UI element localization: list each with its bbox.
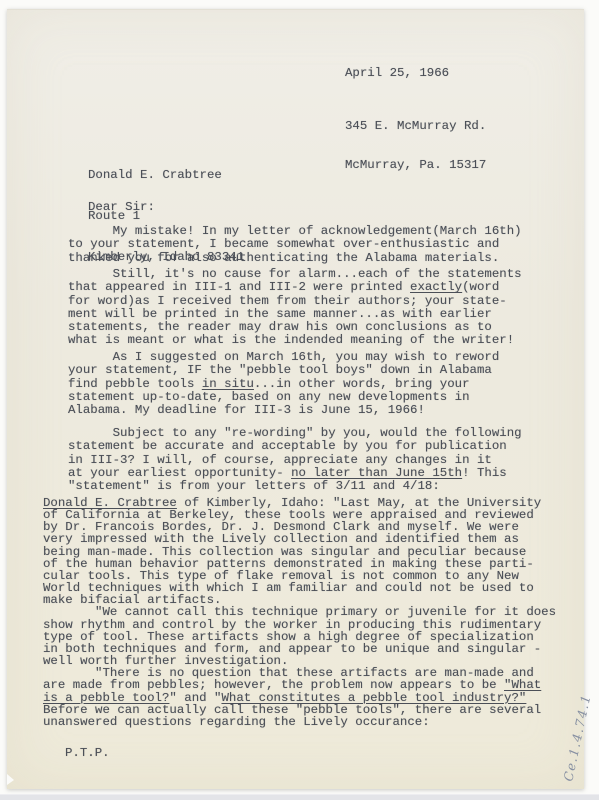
text-segment: As I suggested on March 16th, you may wi… (68, 350, 499, 364)
text-segment: your statement, IF the "pebble tool boys… (68, 363, 492, 377)
paragraph-1: My mistake! In my letter of acknowledgem… (68, 225, 522, 265)
text-segment: Alabama. My deadline for III-3 is June 1… (68, 403, 425, 417)
text-line: unanswered questions regarding the Livel… (43, 716, 556, 728)
text-segment: at your earliest opportunity- (68, 466, 291, 480)
text-line: to your statement, I became somewhat ove… (68, 238, 522, 251)
scanner-edge (0, 794, 599, 800)
text-segment: statement be accurate and acceptable by … (68, 439, 507, 453)
text-segment: to your statement, I became somewhat ove… (68, 237, 499, 251)
paragraph-4: Subject to any "re-wording" by you, woul… (68, 427, 522, 493)
text-line: My mistake! In my letter of acknowledgem… (68, 225, 522, 238)
text-segment: for word)as I received them from their a… (68, 294, 507, 308)
text-line: ment will be printed in the same manner.… (68, 308, 522, 321)
underlined-text: no later than June 15th (291, 466, 462, 480)
text-segment: Subject to any "re-wording" by you, woul… (68, 426, 522, 440)
text-line: As I suggested on March 16th, you may wi… (68, 351, 499, 364)
text-segment: ...in other words, bring your (254, 377, 470, 391)
paper-tear (7, 774, 14, 785)
paragraph-2: Still, it's no cause for alarm...each of… (68, 268, 522, 348)
text-segment: ! This (462, 466, 507, 480)
return-address: 345 E. McMurray Rd. McMurray, Pa. 15317 (345, 94, 486, 198)
text-line: find pebble tools in situ...in other wor… (68, 378, 499, 391)
letter-page: April 25, 1966 345 E. McMurray Rd. McMur… (7, 9, 584, 789)
quoted-statement-paragraph: Donald E. Crabtree of Kimberly, Idaho: "… (43, 497, 556, 728)
text-segment: statement up-to-date, based on any new d… (68, 390, 470, 404)
text-line: that appeared in III-1 and III-2 were pr… (68, 281, 522, 294)
return-address-line: 345 E. McMurray Rd. (345, 120, 486, 133)
text-line: statement up-to-date, based on any new d… (68, 391, 499, 404)
text-segment: statements, the reader may draw his own … (68, 320, 492, 334)
underlined-text: exactly (410, 280, 462, 294)
text-line: Still, it's no cause for alarm...each of… (68, 268, 522, 281)
text-line: at your earliest opportunity- no later t… (68, 467, 522, 480)
underlined-text: in situ (202, 377, 254, 391)
paragraph-3: As I suggested on March 16th, you may wi… (68, 351, 499, 417)
text-line: your statement, IF the "pebble tool boys… (68, 364, 499, 377)
text-segment: find pebble tools (68, 377, 202, 391)
postscript-ptp: P.T.P. (65, 746, 110, 760)
return-address-line: McMurray, Pa. 15317 (345, 159, 486, 172)
text-line: what is meant or what is the indended me… (68, 334, 522, 347)
text-line: thanked you for also authenticating the … (68, 252, 522, 265)
text-segment: in III-3? I will, of course, appreciate … (68, 453, 492, 467)
text-line: in III-3? I will, of course, appreciate … (68, 454, 522, 467)
text-line: Subject to any "re-wording" by you, woul… (68, 427, 522, 440)
text-line: Alabama. My deadline for III-3 is June 1… (68, 404, 499, 417)
text-segment: (word (462, 280, 499, 294)
text-segment: thanked you for also authenticating the … (68, 251, 499, 265)
text-line: statements, the reader may draw his own … (68, 321, 522, 334)
dateline-date: April 25, 1966 (345, 66, 449, 80)
text-line: for word)as I received them from their a… (68, 295, 522, 308)
salutation: Dear Sir: (88, 200, 155, 214)
text-line: statement be accurate and acceptable by … (68, 440, 522, 453)
text-segment: that appeared in III-1 and III-2 were pr… (68, 280, 410, 294)
text-segment: ment will be printed in the same manner.… (68, 307, 492, 321)
text-segment: what is meant or what is the indended me… (68, 333, 514, 347)
text-segment: unanswered questions regarding the Livel… (43, 715, 430, 729)
text-segment: Still, it's no cause for alarm...each of… (68, 267, 522, 281)
text-segment: "statement" is from your letters of 3/11… (68, 479, 440, 493)
recipient-line: Donald E. Crabtree (88, 169, 244, 183)
text-line: "statement" is from your letters of 3/11… (68, 480, 522, 493)
text-segment: My mistake! In my letter of acknowledgem… (68, 224, 522, 238)
